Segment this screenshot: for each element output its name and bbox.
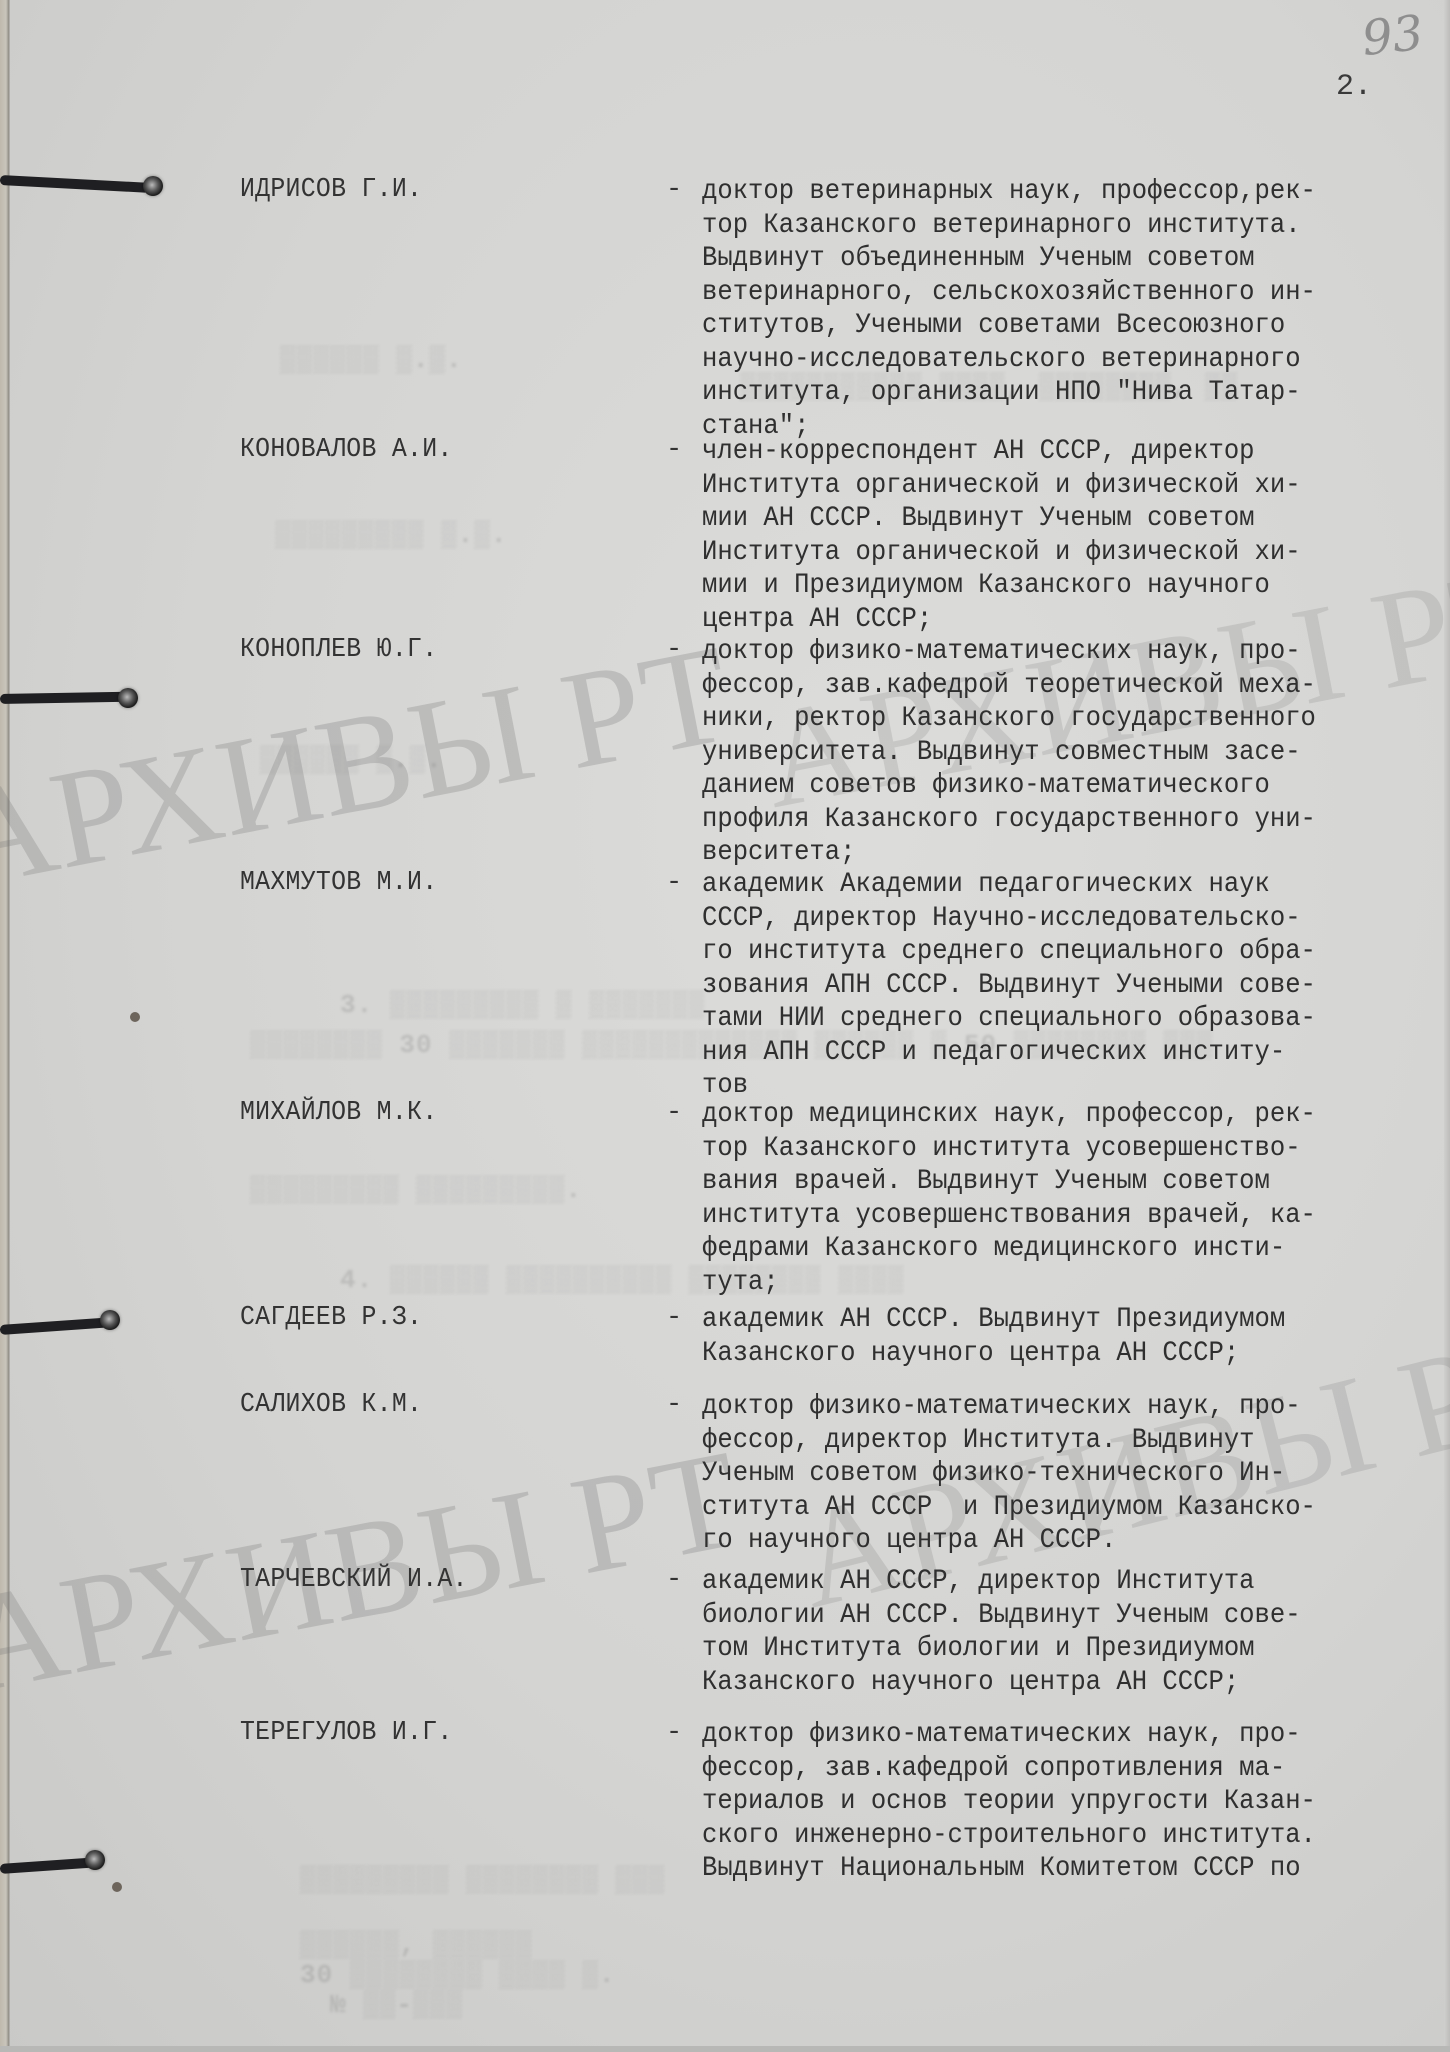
nominee-description-line: фессор, директор Института. Выдвинут [702,1424,1255,1458]
nominee-description-line: мии АН СССР. Выдвинут Ученым советом [702,502,1255,536]
nominee-description-line: ния АПН СССР и педагогических институ- [702,1036,1285,1070]
nominee-description-line: профиля Казанского государственного уни- [702,803,1316,837]
nominee-description-line: академик АН СССР, директор Института [702,1565,1255,1599]
nominee-description-line: мии и Президиумом Казанского научного [702,569,1270,603]
page-right-edge [1444,0,1450,2052]
nominee-description-line: доктор медицинских наук, профессор, рек- [702,1098,1316,1132]
nominee-description-line: ветеринарного, сельскохозяйственного ин- [702,276,1316,310]
binding-hole [118,688,138,708]
nominee-description-line: зования АПН СССР. Выдвинут Учеными сове- [702,969,1316,1003]
binding-hole [85,1850,105,1870]
nominee-description-line: тами НИИ среднего специального образова- [702,1002,1316,1036]
entry-dash: - [666,1565,682,1595]
nominee-description-line: СССР, директор Научно-исследовательско- [702,902,1301,936]
nominee-description-line: академик Академии педагогических наук [702,868,1270,902]
nominee-description-line: Казанского научного центра АН СССР; [702,1666,1239,1700]
nominee-name: САГДЕЕВ Р.З. [240,1303,422,1333]
binding-string [0,1317,110,1335]
nominee-name: ИДРИСОВ Г.И. [240,175,422,205]
entry-dash: - [666,868,682,898]
nominee-description-line: Выдвинут Национальным Комитетом СССР по [702,1852,1301,1886]
nominee-description-line: доктор физико-математических наук, про- [702,1718,1301,1752]
nominee-description-line: Казанского научного центра АН СССР; [702,1337,1239,1371]
nominee-name: САЛИХОВ К.М. [240,1390,422,1420]
nominee-name: КОНОПЛЕВ Ю.Г. [240,635,437,665]
paper-speck [112,1882,122,1892]
nominee-description-line: Ученым советом физико-технического Ин- [702,1457,1285,1491]
document-page: ▒▒▒▒▒▒ ▒.▒. ▒▒▒▒▒▒▒▒▒▒▒ ▒▒▒▒, ▒▒▒▒▒▒▒▒, … [0,0,1450,2052]
nominee-description-line: тор Казанского ветеринарного института. [702,209,1301,243]
binding-hole [143,176,163,196]
nominee-description-line: фессор, зав.кафедрой сопротивления ма- [702,1752,1285,1786]
binding-string [0,1857,95,1874]
binding-string [0,175,150,193]
nominee-name: МИХАЙЛОВ М.К. [240,1098,437,1128]
nominee-description-line: академик АН СССР. Выдвинут Президиумом [702,1303,1285,1337]
nominee-description-line: верситета; [702,836,855,870]
nominee-description-line: института, организации НПО "Нива Татар- [702,376,1301,410]
nominee-name: КОНОВАЛОВ А.И. [240,435,453,465]
nominee-description-line: института усовершенствования врачей, ка- [702,1199,1316,1233]
entry-dash: - [666,435,682,465]
paper-speck [130,1012,140,1022]
entry-dash: - [666,175,682,205]
nominee-name: МАХМУТОВ М.И. [240,868,437,898]
entry-dash: - [666,1303,682,1333]
nominee-description-line: доктор ветеринарных наук, профессор,рек- [702,175,1316,209]
nominee-description-line: го научного центра АН СССР. [702,1524,1116,1558]
nominee-description-line: данием советов физико-математического [702,769,1270,803]
nominee-description-line: центра АН СССР; [702,603,932,637]
nominee-description-line: биологии АН СССР. Выдвинут Ученым сове- [702,1599,1301,1633]
nominee-description-line: фессор, зав.кафедрой теоретической меха- [702,669,1316,703]
nominee-name: ТАРЧЕВСКИЙ И.А. [240,1565,468,1595]
binding-string [0,692,125,704]
binding-hole [100,1310,120,1330]
page-left-edge [0,0,10,2052]
nominee-description-line: ститута АН СССР и Президиумом Казанско- [702,1491,1316,1525]
nominee-description-line: Выдвинут объединенным Ученым советом [702,242,1255,276]
nominee-description-line: доктор физико-математических наук, про- [702,635,1301,669]
nominee-description-line: научно-исследовательского ветеринарного [702,343,1301,377]
nominee-description-line: териалов и основ теории упругости Казан- [702,1785,1316,1819]
nominee-description-line: вания врачей. Выдвинут Ученым советом [702,1165,1270,1199]
entry-dash: - [666,1098,682,1128]
nominee-description-line: Института органической и физической хи- [702,536,1301,570]
nominee-description-line: го института среднего специального обра- [702,935,1316,969]
nominee-description-line: доктор физико-математических наук, про- [702,1390,1301,1424]
page-bottom-edge [0,2046,1450,2052]
nominee-description-line: ского инженерно-строительного института. [702,1819,1316,1853]
nominee-name: ТЕРЕГУЛОВ И.Г. [240,1718,453,1748]
entry-dash: - [666,1390,682,1420]
nominee-description-line: тор Казанского института усовершенство- [702,1132,1301,1166]
nominee-description-line: том Института биологии и Президиумом [702,1632,1255,1666]
nominee-description-line: ститутов, Учеными советами Всесоюзного [702,309,1285,343]
nominee-description-line: Института органической и физической хи- [702,469,1301,503]
nominee-description-line: член-корреспондент АН СССР, директор [702,435,1255,469]
nominee-description-line: тута; [702,1266,779,1300]
handwritten-folio-number: 93 [1359,5,1426,67]
nominee-description-line: университета. Выдвинут совместным засе- [702,736,1301,770]
nominee-description-line: ники, ректор Казанского государственного [702,702,1316,736]
page-number: 2. [1336,70,1372,104]
entry-dash: - [666,635,682,665]
nominee-description-line: федрами Казанского медицинского инсти- [702,1232,1285,1266]
entry-dash: - [666,1718,682,1748]
